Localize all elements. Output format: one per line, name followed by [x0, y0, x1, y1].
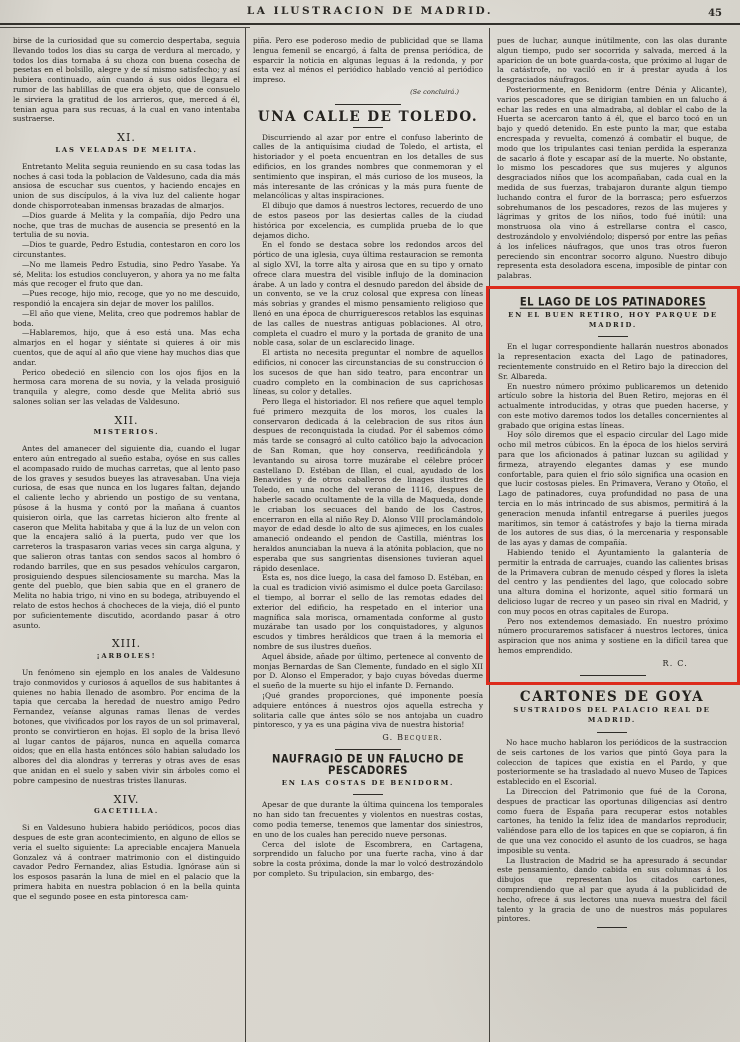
- article-title: EL LAGO DE LOS PATINADORES: [498, 297, 728, 308]
- section-subtitle: MISTERIOS.: [13, 428, 240, 438]
- divider-rule: [335, 104, 401, 105]
- paragraph: Antes del amanecer del siguiente dia, cu…: [13, 444, 240, 630]
- section-subtitle: EN EL BUEN RETIRO, HOY PARQUE DE MADRID.: [498, 311, 728, 331]
- paragraph: Perico obedeció en silencio con los ojos…: [13, 368, 240, 407]
- paragraph: En el lugar correspondiente hallarán nue…: [498, 342, 728, 381]
- paragraph: Cerca del islote de Escombrera, en Carta…: [253, 840, 483, 879]
- highlighted-article-box: EL LAGO DE LOS PATINADORESEN EL BUEN RET…: [486, 286, 740, 685]
- column-right: pues de luchar, aunque inútilmente, con …: [497, 36, 727, 933]
- section-subtitle: SUSTRAIDOS DEL PALACIO REAL DE MADRID.: [497, 706, 727, 726]
- paragraph: —No me llameis Pedro Estudia, sino Pedro…: [13, 260, 240, 289]
- paragraph: En el fondo se destaca sobre los redondo…: [253, 240, 483, 348]
- paragraph: El dibujo que damos á nuestros lectores,…: [253, 201, 483, 240]
- paragraph: Un fenómeno sin ejemplo en los anales de…: [13, 668, 240, 786]
- chapter-number: XIII.: [13, 639, 240, 649]
- paragraph-continuation: pues de luchar, aunque inútilmente, con …: [497, 36, 727, 85]
- divider-rule: [353, 794, 383, 795]
- paragraph: La Ilustracion de Madrid se ha apresurad…: [497, 856, 727, 925]
- paragraph: No hace mucho hablaron los periódicos de…: [497, 738, 727, 787]
- header-rule-secondary: [0, 27, 250, 28]
- column-divider: [245, 28, 246, 1042]
- paragraph-continuation: piña. Pero ese poderoso medio de publici…: [253, 36, 483, 85]
- paragraph: Esta es, nos dice luego, la casa del fam…: [253, 573, 483, 651]
- author-signature: R. C.: [498, 659, 688, 669]
- section-subtitle: EN LAS COSTAS DE BENIDORM.: [253, 779, 483, 789]
- newspaper-page: LA ILUSTRACION DE MADRID. 45 birse de la…: [0, 0, 740, 1042]
- header-rule: [0, 23, 740, 25]
- divider-rule: [335, 749, 401, 750]
- paragraph: Entretanto Melita seguia reuniendo en su…: [13, 162, 240, 211]
- masthead-title: LA ILUSTRACION DE MADRID.: [0, 5, 740, 17]
- column-middle: piña. Pero ese poderoso medio de publici…: [253, 36, 483, 879]
- divider-rule: [598, 336, 628, 337]
- section-subtitle: LAS VELADAS DE MELITA.: [13, 146, 240, 156]
- continuation-note: (Se concluirá.): [253, 88, 459, 98]
- paragraph: Hoy sólo diremos que el espacio circular…: [498, 430, 728, 548]
- paragraph: Si en Valdesuno hubiera habido periódico…: [13, 823, 240, 901]
- paragraph: ¡Qué grandes proporciones, qué imponente…: [253, 691, 483, 730]
- paragraph: —Hablaremos, hijo, que á eso está una. M…: [13, 328, 240, 367]
- column-left: birse de la curiosidad que su comercio d…: [13, 36, 240, 902]
- article-title: UNA CALLE DE TOLEDO.: [253, 113, 483, 123]
- paragraph: Pero nos extendemos demasiado. En nuestr…: [498, 617, 728, 656]
- paragraph: —El año que viene, Melita, creo que podr…: [13, 309, 240, 329]
- paragraph: Posteriormente, en Benidorm (entre Dénia…: [497, 85, 727, 281]
- divider-rule: [580, 675, 646, 676]
- paragraph: —Dios te guarde, Pedro Estudia, contesta…: [13, 240, 240, 260]
- paragraph: —Dios guarde á Melita y la compañía, dij…: [13, 211, 240, 240]
- paragraph: El artista no necesita preguntar el nomb…: [253, 348, 483, 397]
- paragraph: La Direccion del Patrimonio que fué de l…: [497, 787, 727, 856]
- article-title: CARTONES DE GOYA: [497, 693, 727, 703]
- paragraph: Apesar de que durante la última quincena…: [253, 800, 483, 839]
- article-title: NAUFRAGIO DE UN FALUCHO DE PESCADORES: [253, 755, 483, 778]
- paragraph: Pero llega el historiador. El nos refier…: [253, 397, 483, 573]
- chapter-number: XI.: [13, 133, 240, 143]
- divider-rule: [353, 127, 383, 128]
- section-subtitle: GACETILLA.: [13, 807, 240, 817]
- chapter-number: XII.: [13, 416, 240, 426]
- divider-rule: [597, 732, 627, 733]
- paragraph: Habiendo tenido el Ayuntamiento la galan…: [498, 548, 728, 617]
- paragraph: —Pues recoge, hijo mio, recoge, que yo n…: [13, 289, 240, 309]
- paragraph: En nuestro número próximo publicaremos u…: [498, 382, 728, 431]
- paragraph: Aquel ábside, añade por último, pertenec…: [253, 652, 483, 691]
- divider-rule: [597, 927, 627, 928]
- paragraph: Discurriendo al azar por entre el confus…: [253, 133, 483, 202]
- page-number: 45: [708, 8, 722, 19]
- section-subtitle: ¡ARBOLES!: [13, 652, 240, 662]
- chapter-number: XIV.: [13, 795, 240, 805]
- author-signature: G. Becquer.: [253, 733, 443, 743]
- paragraph-continuation: birse de la curiosidad que su comercio d…: [13, 36, 240, 124]
